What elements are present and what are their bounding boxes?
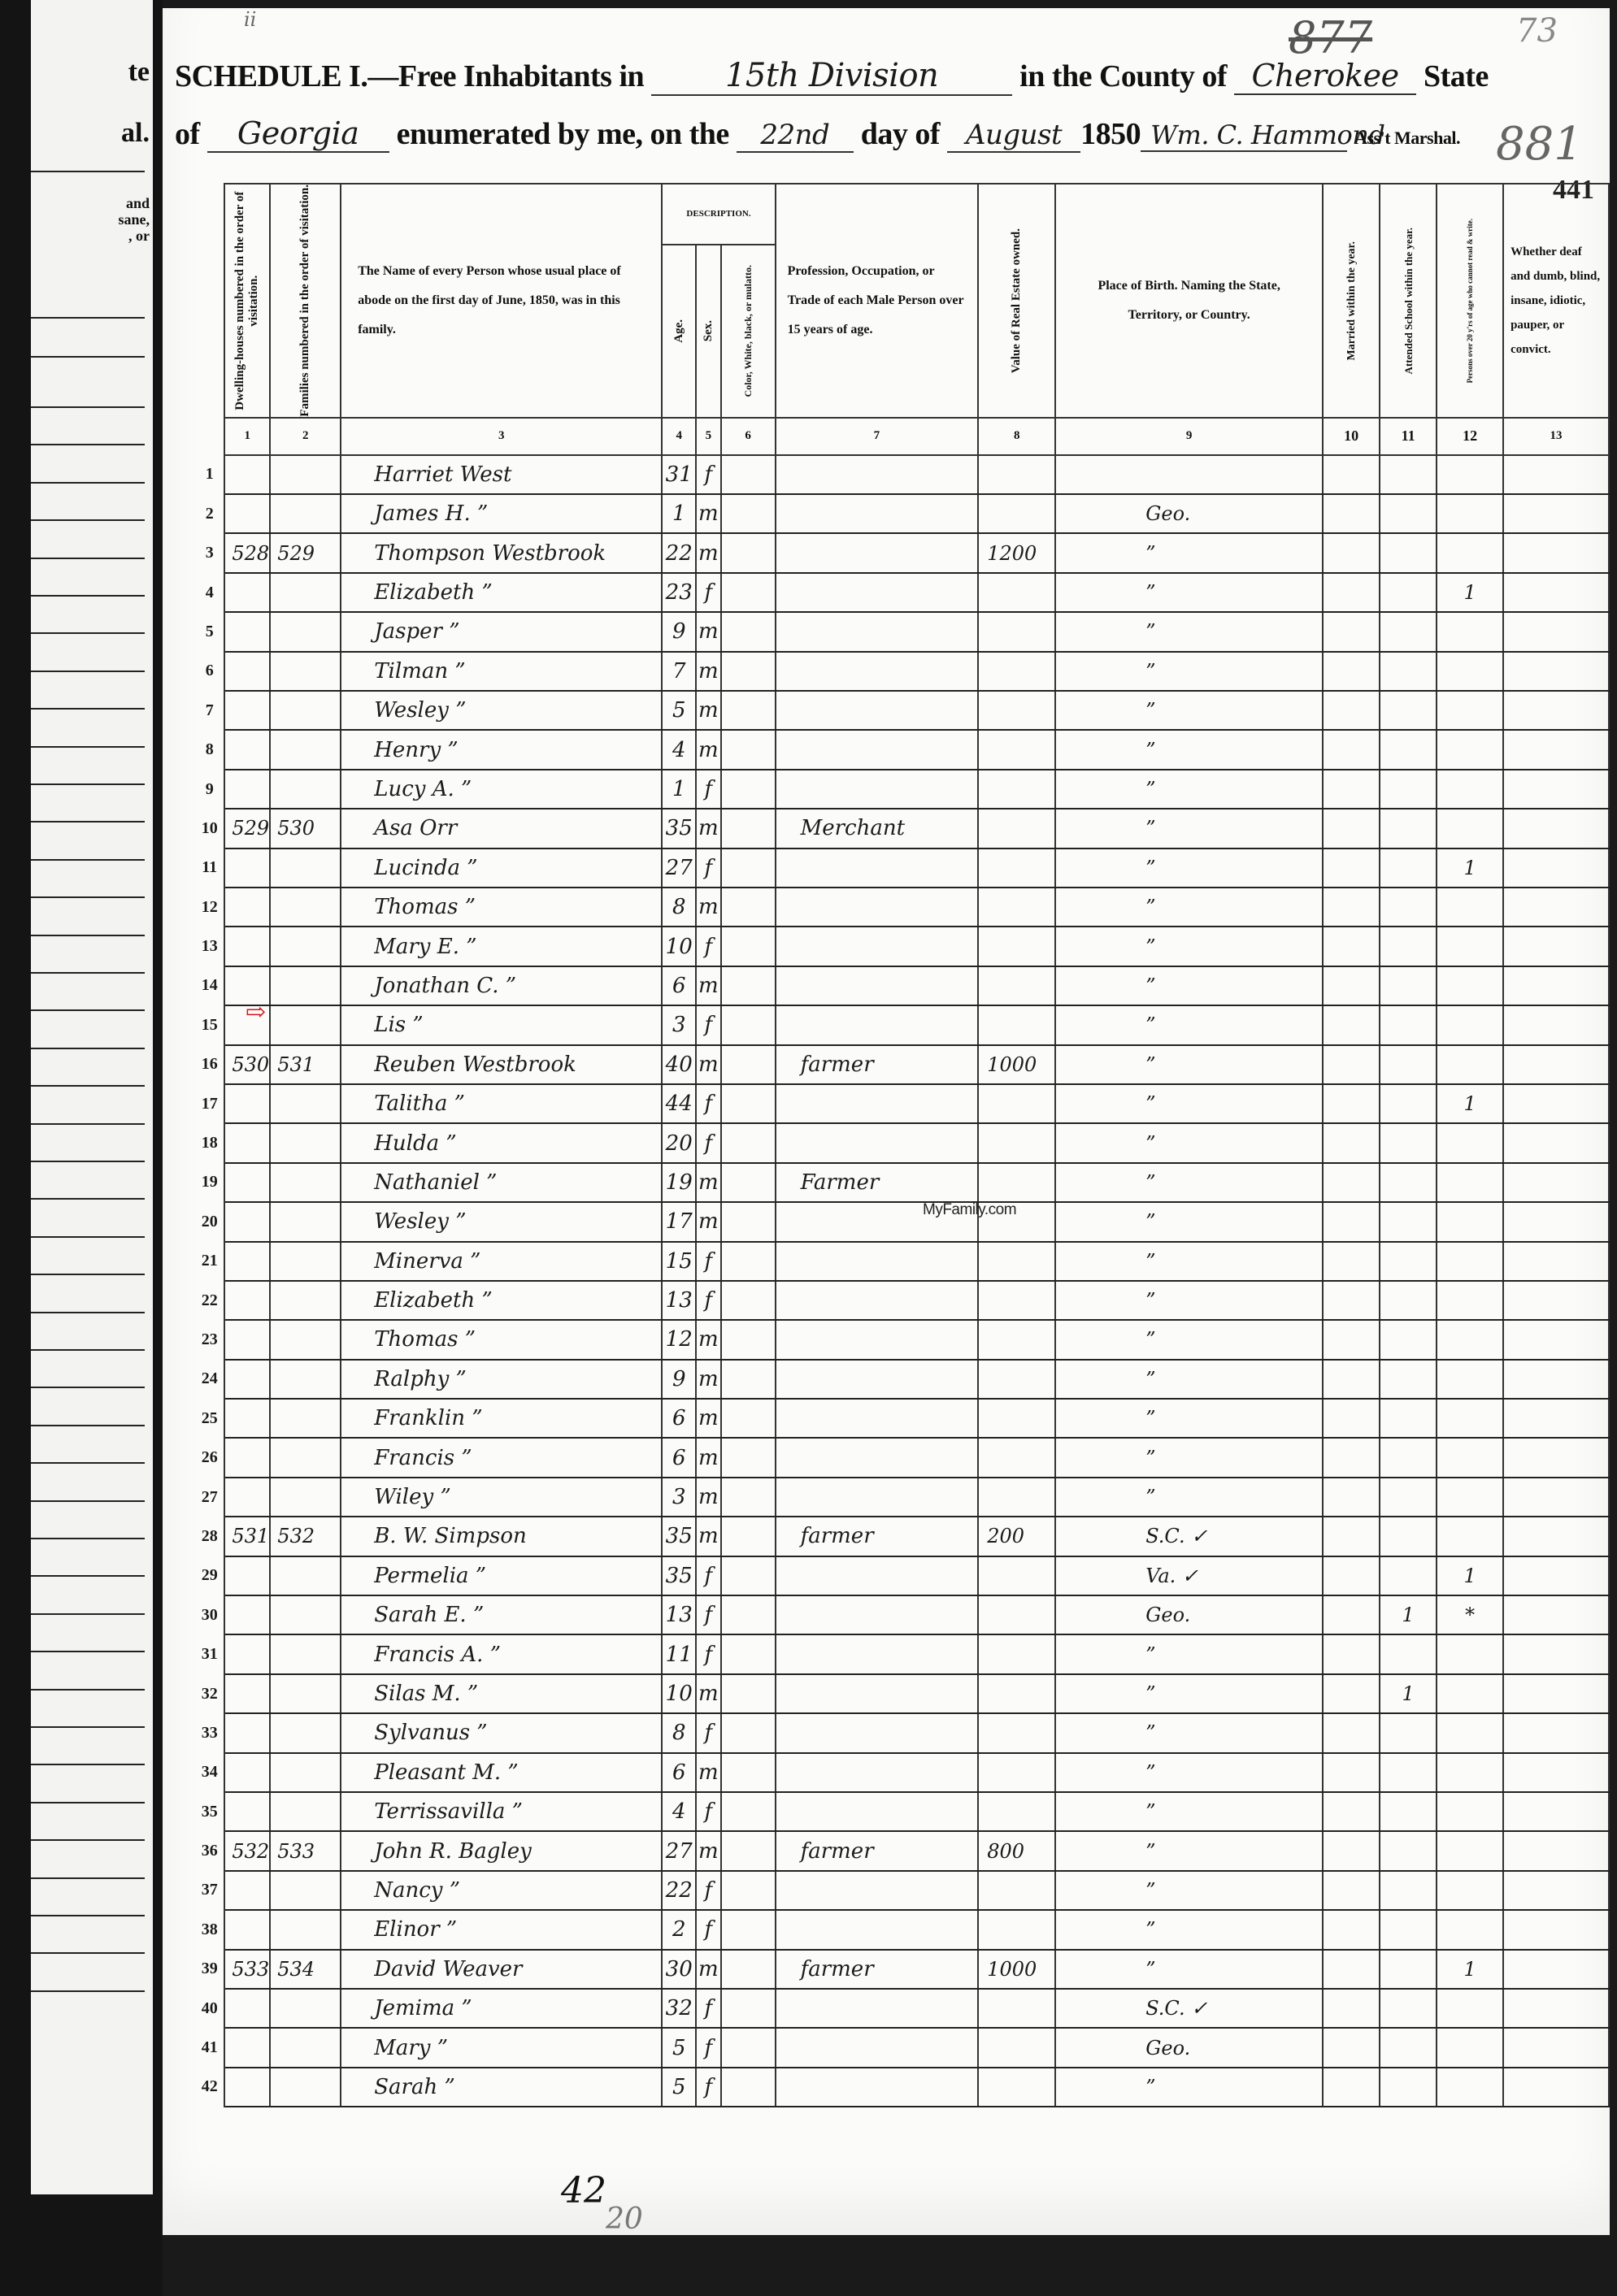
birthplace-cell: ” (1055, 1202, 1323, 1241)
birthplace-cell: ” (1055, 612, 1323, 651)
color-cell (721, 849, 776, 888)
illiterate-cell (1437, 770, 1503, 809)
school-cell (1380, 1753, 1437, 1792)
illiterate-cell: 1 (1437, 1950, 1503, 1989)
person-name: Jemima ” (341, 1989, 662, 2028)
occupation-cell (776, 2028, 979, 2067)
previous-page-rule (31, 1990, 145, 1992)
occupation-cell (776, 888, 979, 927)
county-field: Cherokee (1234, 58, 1416, 95)
dwelling-number (224, 1753, 270, 1792)
birthplace-cell: ” (1055, 1713, 1323, 1752)
color-cell (721, 455, 776, 494)
line-number: 31 (195, 1634, 224, 1673)
school-cell (1380, 770, 1437, 809)
family-number (270, 770, 341, 809)
color-cell (721, 494, 776, 533)
previous-page-rule (31, 171, 145, 172)
census-row: 22Elizabeth ”13f” (195, 1281, 1609, 1320)
previous-page-rule (31, 1877, 145, 1879)
birthplace-cell: ” (1055, 730, 1323, 769)
previous-page-rule (31, 1726, 145, 1728)
birthplace-cell: ” (1055, 1045, 1323, 1084)
census-row: 21Minerva ”15f” (195, 1242, 1609, 1281)
birthplace-cell: ” (1055, 1123, 1323, 1162)
condition-cell (1503, 691, 1609, 730)
age-cell: 44 (662, 1084, 696, 1123)
occupation-cell (776, 1360, 979, 1399)
age-cell: 9 (662, 1360, 696, 1399)
birthplace-cell: ” (1055, 1281, 1323, 1320)
census-row: 4Elizabeth ”23f”1 (195, 573, 1609, 612)
family-number (270, 1674, 341, 1713)
dwelling-number (224, 849, 270, 888)
census-row: 39533534David Weaver30mfarmer1000”1 (195, 1950, 1609, 1989)
col-number: 12 (1437, 418, 1503, 455)
condition-cell (1503, 1831, 1609, 1870)
color-cell (721, 1438, 776, 1477)
school-cell (1380, 612, 1437, 651)
census-row: 20Wesley ”17m” (195, 1202, 1609, 1241)
occupation-cell (776, 1242, 979, 1281)
color-cell (721, 1595, 776, 1634)
line-number: 28 (195, 1517, 224, 1556)
sex-cell: m (696, 533, 721, 572)
occupation-cell (776, 849, 979, 888)
line-number: 4 (195, 573, 224, 612)
dwelling-number (224, 494, 270, 533)
previous-page-rule (31, 632, 145, 634)
previous-page-rule (31, 1575, 145, 1577)
illiterate-cell (1437, 1792, 1503, 1831)
color-cell (721, 1871, 776, 1910)
school-cell (1380, 966, 1437, 1005)
married-cell (1323, 1595, 1380, 1634)
illiterate-cell (1437, 888, 1503, 927)
census-row: 2James H. ”1mGeo. (195, 494, 1609, 533)
sex-cell: f (696, 1792, 721, 1831)
sex-cell: f (696, 1989, 721, 2028)
sex-cell: f (696, 573, 721, 612)
age-cell: 22 (662, 533, 696, 572)
census-row: 34Pleasant M. ”6m” (195, 1753, 1609, 1792)
census-row: 10529530Asa Orr35mMerchant” (195, 809, 1609, 848)
illiterate-cell (1437, 455, 1503, 494)
age-cell: 32 (662, 1989, 696, 2028)
dwelling-number (224, 1163, 270, 1202)
occupation-cell (776, 1713, 979, 1752)
married-cell (1323, 1634, 1380, 1673)
col-number: 8 (978, 418, 1055, 455)
person-name: Mary E. ” (341, 927, 662, 966)
color-cell (721, 1320, 776, 1359)
birthplace-cell: ” (1055, 1871, 1323, 1910)
previous-page-rule (31, 896, 145, 898)
condition-cell (1503, 888, 1609, 927)
line-number: 14 (195, 966, 224, 1005)
birthplace-cell: ” (1055, 888, 1323, 927)
person-name: Wesley ” (341, 1202, 662, 1241)
condition-cell (1503, 1674, 1609, 1713)
illiterate-cell (1437, 1831, 1503, 1870)
line-number: 8 (195, 730, 224, 769)
condition-cell (1503, 1989, 1609, 2028)
line-number: 15 (195, 1005, 224, 1044)
line-number: 36 (195, 1831, 224, 1870)
age-cell: 20 (662, 1123, 696, 1162)
married-cell (1323, 1399, 1380, 1438)
birthplace-cell: ” (1055, 2068, 1323, 2107)
age-cell: 35 (662, 809, 696, 848)
line-number: 3 (195, 533, 224, 572)
previous-page-rule (31, 1613, 145, 1615)
line-number: 23 (195, 1320, 224, 1359)
occupation-cell: farmer (776, 1045, 979, 1084)
school-cell (1380, 1084, 1437, 1123)
line-number: 19 (195, 1163, 224, 1202)
illiterate-cell: 1 (1437, 1084, 1503, 1123)
family-number (270, 1281, 341, 1320)
color-cell (721, 1478, 776, 1517)
dwelling-number (224, 1595, 270, 1634)
year-label: 1850 (1080, 117, 1141, 151)
school-cell (1380, 1005, 1437, 1044)
real-estate-value (978, 1792, 1055, 1831)
person-name: Sarah E. ” (341, 1595, 662, 1634)
age-cell: 3 (662, 1478, 696, 1517)
school-cell (1380, 652, 1437, 691)
line-number: 27 (195, 1478, 224, 1517)
married-cell (1323, 730, 1380, 769)
color-cell (721, 1045, 776, 1084)
previous-page-strip: te al. and sane, , or (31, 0, 155, 2194)
line-number: 12 (195, 888, 224, 927)
pencil-struck-page-number: 877 (1289, 12, 1372, 63)
color-cell (721, 1281, 776, 1320)
illiterate-cell (1437, 1005, 1503, 1044)
color-cell (721, 888, 776, 927)
census-row: 42Sarah ”5f” (195, 2068, 1609, 2107)
color-cell (721, 770, 776, 809)
dwelling-number (224, 1634, 270, 1673)
sex-cell: f (696, 1556, 721, 1595)
school-cell (1380, 1910, 1437, 1949)
myfamily-watermark: MyFamily.com (923, 1201, 1016, 1219)
married-cell (1323, 1989, 1380, 2028)
line-number: 38 (195, 1910, 224, 1949)
birthplace-cell: ” (1055, 1674, 1323, 1713)
enumerated-label: enumerated by me, on the (397, 117, 729, 151)
family-number (270, 494, 341, 533)
illiterate-cell (1437, 1674, 1503, 1713)
family-number (270, 1123, 341, 1162)
school-cell: 1 (1380, 1674, 1437, 1713)
previous-page-rule (31, 821, 145, 822)
occupation-cell (776, 573, 979, 612)
person-name: Sylvanus ” (341, 1713, 662, 1752)
birthplace-cell: ” (1055, 1950, 1323, 1989)
illiterate-cell (1437, 1045, 1503, 1084)
col-5-header: Sex. (696, 245, 721, 418)
color-cell (721, 573, 776, 612)
school-cell (1380, 1202, 1437, 1241)
sex-cell: m (696, 1831, 721, 1870)
color-cell (721, 1950, 776, 1989)
condition-cell (1503, 770, 1609, 809)
age-cell: 8 (662, 888, 696, 927)
age-cell: 27 (662, 1831, 696, 1870)
illiterate-cell: 1 (1437, 573, 1503, 612)
condition-cell (1503, 612, 1609, 651)
marshal-signature: Wm. C. Hammond (1141, 119, 1347, 152)
dwelling-number (224, 1084, 270, 1123)
pencil-corner-number: 73 (1516, 12, 1558, 50)
real-estate-value (978, 1478, 1055, 1517)
person-name: Elinor ” (341, 1910, 662, 1949)
family-number (270, 966, 341, 1005)
age-cell: 30 (662, 1950, 696, 1989)
married-cell (1323, 1517, 1380, 1556)
occupation-cell (776, 1084, 979, 1123)
color-cell (721, 1084, 776, 1123)
color-cell (721, 1910, 776, 1949)
age-cell: 4 (662, 730, 696, 769)
family-number (270, 1556, 341, 1595)
county-label: in the County of (1019, 59, 1227, 93)
line-number: 30 (195, 1595, 224, 1634)
school-cell (1380, 1713, 1437, 1752)
col-3-header: The Name of every Person whose usual pla… (341, 184, 662, 418)
census-row: 9Lucy A. ”1f” (195, 770, 1609, 809)
illiterate-cell (1437, 1517, 1503, 1556)
school-cell (1380, 809, 1437, 848)
color-cell (721, 1123, 776, 1162)
previous-page-rule (31, 1274, 145, 1275)
school-cell (1380, 1792, 1437, 1831)
real-estate-value (978, 1123, 1055, 1162)
real-estate-value (978, 1084, 1055, 1123)
dwelling-number (224, 1871, 270, 1910)
real-estate-value (978, 770, 1055, 809)
line-number: 35 (195, 1792, 224, 1831)
school-cell (1380, 691, 1437, 730)
schedule-header-line-1: SCHEDULE I.—Free Inhabitants in 15th Div… (175, 57, 1489, 96)
person-name: James H. ” (341, 494, 662, 533)
family-number (270, 612, 341, 651)
real-estate-value (978, 612, 1055, 651)
col-number: 2 (270, 418, 341, 455)
school-cell (1380, 1281, 1437, 1320)
sex-cell: f (696, 1910, 721, 1949)
dwelling-number (224, 1792, 270, 1831)
person-name: David Weaver (341, 1950, 662, 1989)
census-row: 31Francis A. ”11f” (195, 1634, 1609, 1673)
age-cell: 6 (662, 1399, 696, 1438)
birthplace-cell: ” (1055, 966, 1323, 1005)
occupation-cell: farmer (776, 1831, 979, 1870)
age-cell: 9 (662, 612, 696, 651)
person-name: Francis ” (341, 1438, 662, 1477)
spacer (195, 418, 224, 455)
line-number: 34 (195, 1753, 224, 1792)
line-number: 7 (195, 691, 224, 730)
previous-page-rule (31, 1651, 145, 1652)
real-estate-value (978, 730, 1055, 769)
previous-page-rule (31, 1312, 145, 1313)
school-cell (1380, 1634, 1437, 1673)
line-number: 22 (195, 1281, 224, 1320)
color-cell (721, 1399, 776, 1438)
person-name: Sarah ” (341, 2068, 662, 2107)
sex-cell: f (696, 1242, 721, 1281)
condition-cell (1503, 1320, 1609, 1359)
line-number: 11 (195, 849, 224, 888)
dwelling-number (224, 1989, 270, 2028)
married-cell (1323, 1950, 1380, 1989)
condition-cell (1503, 1005, 1609, 1044)
school-cell (1380, 1242, 1437, 1281)
person-name: Mary ” (341, 2028, 662, 2067)
real-estate-value (978, 1242, 1055, 1281)
occupation-cell (776, 1123, 979, 1162)
family-number (270, 2068, 341, 2107)
married-cell (1323, 1674, 1380, 1713)
color-cell (721, 1202, 776, 1241)
occupation-cell (776, 455, 979, 494)
real-estate-value (978, 1399, 1055, 1438)
header-row-top: Dwelling-houses numbered in the order of… (195, 184, 1609, 245)
person-name: Terrissavilla ” (341, 1792, 662, 1831)
sex-cell: m (696, 1950, 721, 1989)
color-cell (721, 927, 776, 966)
condition-cell (1503, 1084, 1609, 1123)
occupation-cell: Merchant (776, 809, 979, 848)
of-label: of (175, 117, 200, 151)
previous-page-rule (31, 1009, 145, 1011)
real-estate-value (978, 1989, 1055, 2028)
real-estate-value (978, 1713, 1055, 1752)
person-name: Wesley ” (341, 691, 662, 730)
birthplace-cell: ” (1055, 652, 1323, 691)
married-cell (1323, 809, 1380, 848)
col-number: 1 (224, 418, 270, 455)
birthplace-cell: ” (1055, 1084, 1323, 1123)
condition-cell (1503, 533, 1609, 572)
sex-cell: f (696, 1281, 721, 1320)
person-name: Jonathan C. ” (341, 966, 662, 1005)
illiterate-cell (1437, 1360, 1503, 1399)
married-cell (1323, 1084, 1380, 1123)
census-row: 18Hulda ”20f” (195, 1123, 1609, 1162)
person-name: Minerva ” (341, 1242, 662, 1281)
school-cell (1380, 2068, 1437, 2107)
condition-cell (1503, 809, 1609, 848)
person-name: Nancy ” (341, 1871, 662, 1910)
census-row: 11Lucinda ”27f”1 (195, 849, 1609, 888)
col-number: 9 (1055, 418, 1323, 455)
family-number (270, 1320, 341, 1359)
age-cell: 27 (662, 849, 696, 888)
previous-page-rule (31, 1500, 145, 1502)
family-number (270, 1242, 341, 1281)
color-cell (721, 1713, 776, 1752)
col-7-header: Profession, Occupation, or Trade of each… (776, 184, 979, 418)
occupation-cell: Farmer (776, 1163, 979, 1202)
previous-page-rule (31, 1689, 145, 1691)
occupation-cell (776, 1281, 979, 1320)
dwelling-number (224, 1123, 270, 1162)
illiterate-cell (1437, 809, 1503, 848)
dwelling-number (224, 1674, 270, 1713)
family-number: 529 (270, 533, 341, 572)
school-cell (1380, 533, 1437, 572)
dwelling-number: 529 (224, 809, 270, 848)
sex-cell: m (696, 1517, 721, 1556)
census-row: 28531532B. W. Simpson35mfarmer200S.C. ✓ (195, 1517, 1609, 1556)
illiterate-cell (1437, 927, 1503, 966)
age-cell: 12 (662, 1320, 696, 1359)
illiterate-cell (1437, 1478, 1503, 1517)
birthplace-cell: Va. ✓ (1055, 1556, 1323, 1595)
person-name: Asa Orr (341, 809, 662, 848)
col-number: 7 (776, 418, 979, 455)
real-estate-value (978, 1634, 1055, 1673)
line-number: 32 (195, 1674, 224, 1713)
census-row: 13Mary E. ”10f” (195, 927, 1609, 966)
age-cell: 13 (662, 1281, 696, 1320)
age-cell: 5 (662, 2028, 696, 2067)
previous-page-rule (31, 935, 145, 936)
real-estate-value (978, 1005, 1055, 1044)
school-cell (1380, 730, 1437, 769)
birthplace-cell: ” (1055, 1831, 1323, 1870)
real-estate-value (978, 1674, 1055, 1713)
census-row: 26Francis ”6m” (195, 1438, 1609, 1477)
illiterate-cell (1437, 2028, 1503, 2067)
person-name: Lucy A. ” (341, 770, 662, 809)
census-row: 25Franklin ”6m” (195, 1399, 1609, 1438)
married-cell (1323, 652, 1380, 691)
age-cell: 23 (662, 573, 696, 612)
school-cell (1380, 1517, 1437, 1556)
family-number (270, 1005, 341, 1044)
real-estate-value (978, 1556, 1055, 1595)
condition-cell (1503, 966, 1609, 1005)
married-cell (1323, 455, 1380, 494)
age-cell: 10 (662, 1674, 696, 1713)
person-name: Harriet West (341, 455, 662, 494)
married-cell (1323, 1556, 1380, 1595)
birthplace-cell (1055, 455, 1323, 494)
dwelling-number: 532 (224, 1831, 270, 1870)
occupation-cell (776, 1871, 979, 1910)
previous-page-rule (31, 746, 145, 748)
condition-cell (1503, 730, 1609, 769)
married-cell (1323, 1753, 1380, 1792)
description-group-header: DESCRIPTION. (662, 184, 775, 245)
condition-cell (1503, 1242, 1609, 1281)
previous-page-rule (31, 783, 145, 785)
school-cell (1380, 1163, 1437, 1202)
real-estate-value (978, 652, 1055, 691)
illiterate-cell (1437, 652, 1503, 691)
census-row: 16530531Reuben Westbrook40mfarmer1000” (195, 1045, 1609, 1084)
real-estate-value (978, 2068, 1055, 2107)
census-rows: 1Harriet West31f2James H. ”1mGeo.3528529… (195, 455, 1609, 2107)
family-number (270, 1871, 341, 1910)
illiterate-cell (1437, 1753, 1503, 1792)
illiterate-cell (1437, 966, 1503, 1005)
